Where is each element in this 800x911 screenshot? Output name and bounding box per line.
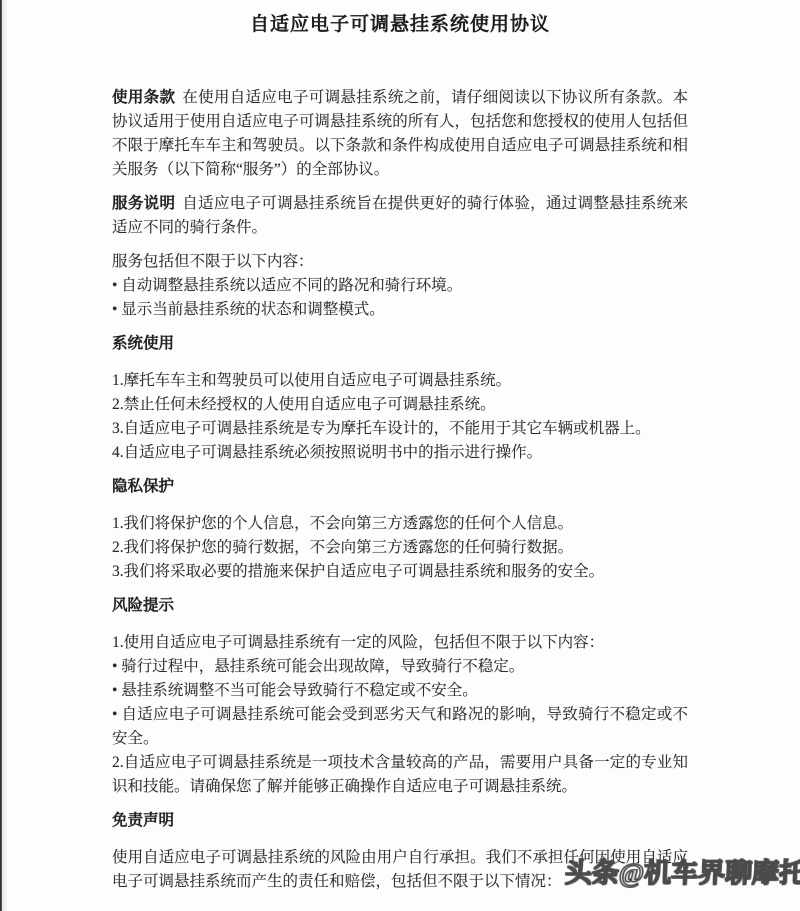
service-scope-intro: 服务包括但不限于以下内容： bbox=[112, 250, 688, 274]
service-desc-paragraph: 服务说明自适应电子可调悬挂系统旨在提供更好的骑行体验，通过调整悬挂系统来适应不同… bbox=[112, 192, 688, 240]
service-desc-text: 自适应电子可调悬挂系统旨在提供更好的骑行体验，通过调整悬挂系统来适应不同的骑行条… bbox=[112, 195, 688, 236]
section-heading-privacy: 隐私保护 bbox=[112, 475, 688, 499]
list-item: 4.自适应电子可调悬挂系统必须按照说明书中的指示进行操作。 bbox=[112, 441, 688, 465]
agreement-document: 自适应电子可调悬挂系统使用协议 使用条款在使用自适应电子可调悬挂系统之前，请仔细… bbox=[0, 0, 800, 894]
privacy-list: 1.我们将保护您的个人信息，不会向第三方透露您的任何个人信息。 2.我们将保护您… bbox=[112, 512, 688, 584]
section-heading-system-use: 系统使用 bbox=[112, 332, 688, 356]
list-item: 1.我们将保护您的个人信息，不会向第三方透露您的任何个人信息。 bbox=[112, 512, 688, 536]
list-item: • 骑行过程中，悬挂系统可能会出现故障，导致骑行不稳定。 bbox=[112, 655, 688, 679]
service-desc-lead: 服务说明 bbox=[112, 195, 175, 212]
list-item: • 自动调整悬挂系统以适应不同的路况和骑行环境。 bbox=[112, 274, 688, 298]
list-item: 2.自适应电子可调悬挂系统是一项技术含量较高的产品，需要用户具备一定的专业知识和… bbox=[112, 751, 688, 799]
terms-lead: 使用条款 bbox=[112, 89, 175, 106]
section-heading-disclaimer: 免责声明 bbox=[112, 809, 688, 833]
list-item: • 显示当前悬挂系统的状态和调整模式。 bbox=[112, 298, 688, 322]
list-item: 2.禁止任何未经授权的人使用自适应电子可调悬挂系统。 bbox=[112, 393, 688, 417]
document-title: 自适应电子可调悬挂系统使用协议 bbox=[112, 12, 688, 38]
watermark: 头条@机车界聊摩托 bbox=[564, 858, 800, 888]
terms-text: 在使用自适应电子可调悬挂系统之前，请仔细阅读以下协议所有条款。本协议适用于使用自… bbox=[112, 89, 688, 178]
list-item: 3.自适应电子可调悬挂系统是专为摩托车设计的，不能用于其它车辆或机器上。 bbox=[112, 417, 688, 441]
list-item: 3.我们将采取必要的措施来保护自适应电子可调悬挂系统和服务的安全。 bbox=[112, 560, 688, 584]
list-item: • 自适应电子可调悬挂系统可能会受到恶劣天气和路况的影响，导致骑行不稳定或不安全… bbox=[112, 703, 688, 751]
service-scope-list: 服务包括但不限于以下内容： • 自动调整悬挂系统以适应不同的路况和骑行环境。 •… bbox=[112, 250, 688, 322]
list-item: 1.使用自适应电子可调悬挂系统有一定的风险，包括但不限于以下内容： bbox=[112, 631, 688, 655]
list-item: 2.我们将保护您的骑行数据，不会向第三方透露您的任何骑行数据。 bbox=[112, 536, 688, 560]
system-use-list: 1.摩托车车主和驾驶员可以使用自适应电子可调悬挂系统。 2.禁止任何未经授权的人… bbox=[112, 369, 688, 465]
section-heading-risk: 风险提示 bbox=[112, 594, 688, 618]
risk-list: 1.使用自适应电子可调悬挂系统有一定的风险，包括但不限于以下内容： • 骑行过程… bbox=[112, 631, 688, 799]
list-item: • 悬挂系统调整不当可能会导致骑行不稳定或不安全。 bbox=[112, 679, 688, 703]
terms-paragraph: 使用条款在使用自适应电子可调悬挂系统之前，请仔细阅读以下协议所有条款。本协议适用… bbox=[112, 86, 688, 182]
list-item: 1.摩托车车主和驾驶员可以使用自适应电子可调悬挂系统。 bbox=[112, 369, 688, 393]
